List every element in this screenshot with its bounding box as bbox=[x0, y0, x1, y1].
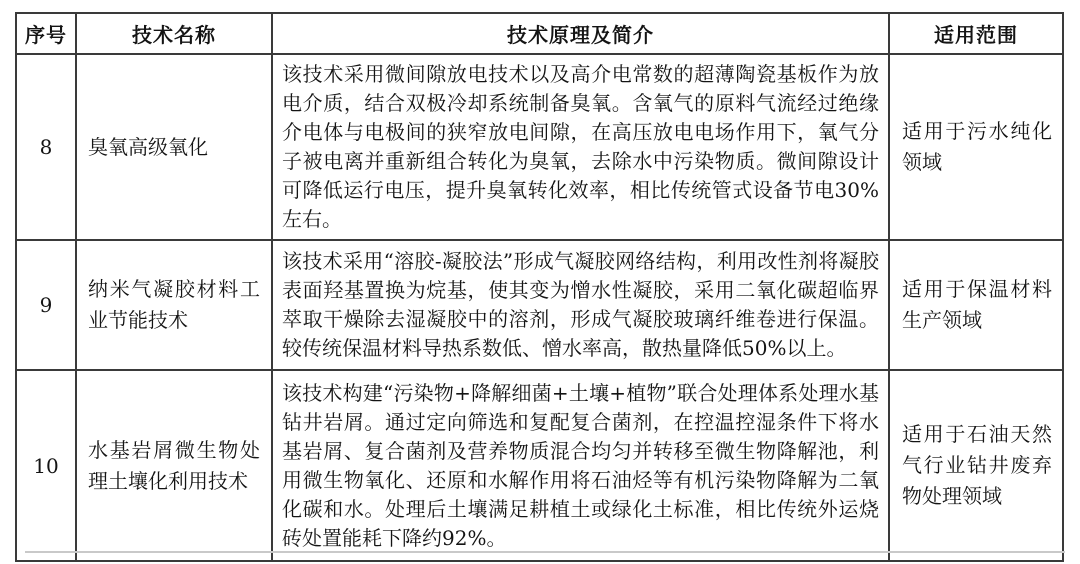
cell-description: 该技术采用微间隙放电技术以及高介电常数的超薄陶瓷基板作为放电介质，结合双极冷却系… bbox=[272, 54, 889, 240]
cell-serial: 8 bbox=[16, 54, 76, 240]
page-bottom-divider bbox=[25, 551, 1065, 553]
cell-description: 该技术构建“污染物+降解细菌+土壤+植物”联合处理体系处理水基钻井岩屑。通过定向… bbox=[272, 370, 889, 561]
cell-tech-name: 纳米气凝胶材料工业节能技术 bbox=[76, 240, 272, 370]
cell-description: 该技术采用“溶胶-凝胶法”形成气凝胶网络结构，利用改性剂将凝胶表面羟基置换为烷基… bbox=[272, 240, 889, 370]
cell-scope: 适用于石油天然气行业钻井废弃物处理领域 bbox=[889, 370, 1063, 561]
cell-tech-name: 臭氧高级氧化 bbox=[76, 54, 272, 240]
table-row: 10 水基岩屑微生物处理土壤化利用技术 该技术构建“污染物+降解细菌+土壤+植物… bbox=[16, 370, 1063, 561]
header-cell-tech-name: 技术名称 bbox=[76, 13, 272, 54]
table-row: 8 臭氧高级氧化 该技术采用微间隙放电技术以及高介电常数的超薄陶瓷基板作为放电介… bbox=[16, 54, 1063, 240]
cell-serial: 9 bbox=[16, 240, 76, 370]
header-cell-scope: 适用范围 bbox=[889, 13, 1063, 54]
cell-scope: 适用于污水纯化领域 bbox=[889, 54, 1063, 240]
header-cell-description: 技术原理及简介 bbox=[272, 13, 889, 54]
table-header-row: 序号 技术名称 技术原理及简介 适用范围 bbox=[16, 13, 1063, 54]
cell-scope: 适用于保温材料生产领域 bbox=[889, 240, 1063, 370]
cell-serial: 10 bbox=[16, 370, 76, 561]
header-cell-serial: 序号 bbox=[16, 13, 76, 54]
cell-tech-name: 水基岩屑微生物处理土壤化利用技术 bbox=[76, 370, 272, 561]
technology-table: 序号 技术名称 技术原理及简介 适用范围 8 臭氧高级氧化 该技术采用微间隙放电… bbox=[15, 12, 1064, 562]
document-page: 序号 技术名称 技术原理及简介 适用范围 8 臭氧高级氧化 该技术采用微间隙放电… bbox=[0, 0, 1080, 564]
table-row: 9 纳米气凝胶材料工业节能技术 该技术采用“溶胶-凝胶法”形成气凝胶网络结构，利… bbox=[16, 240, 1063, 370]
